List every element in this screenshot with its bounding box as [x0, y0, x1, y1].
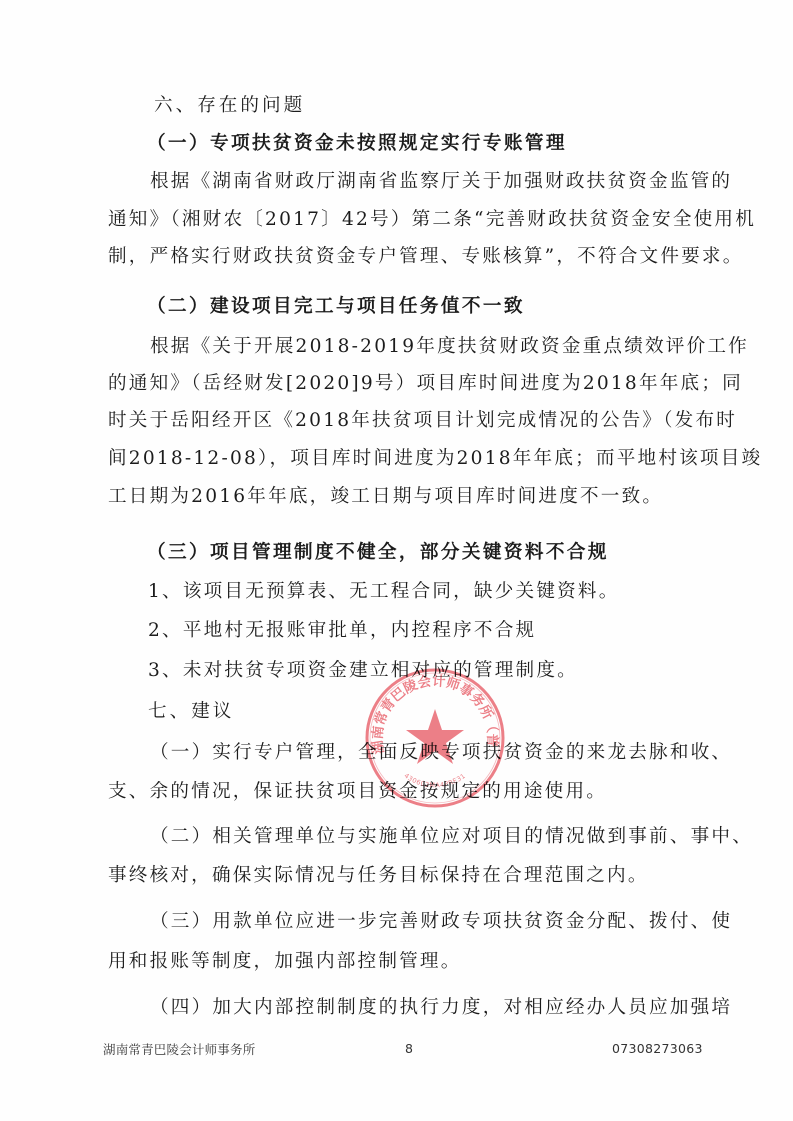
- paragraph-line: 根据《湖南省财政厅湖南省监察厅关于加强财政扶贫资金监管的: [150, 170, 692, 194]
- paragraph-line: 工日期为2016年年底，竣工日期与项目库时间进度不一致。: [108, 485, 692, 509]
- list-item: 3、未对扶贫专项资金建立相对应的管理制度。: [148, 659, 732, 683]
- section-heading-problems: 六、存在的问题: [154, 94, 738, 118]
- paragraph-line: （四）加大内部控制制度的执行力度，对相应经办人员应加强培: [150, 996, 692, 1020]
- section-heading-suggestions: 七、建议: [148, 700, 732, 724]
- subheading-problem-2: （二）建设项目完工与项目任务值不一致: [147, 295, 731, 319]
- footer-phone: 07308273063: [612, 1041, 703, 1056]
- paragraph-line: 支、余的情况，保证扶贫项目资金按规定的用途使用。: [108, 780, 692, 804]
- paragraph-line: （二）相关管理单位与实施单位应对项目的情况做到事前、事中、: [150, 825, 692, 849]
- paragraph-line: （三）用款单位应进一步完善财政专项扶贫资金分配、拨付、使: [150, 910, 692, 934]
- footer-firm-name: 湖南常青巴陵会计师事务所: [103, 1040, 255, 1058]
- paragraph-line: 时关于岳阳经开区《2018年扶贫项目计划完成情况的公告》（发布时: [108, 409, 692, 433]
- paragraph-line: 事终核对，确保实际情况与任务目标保持在合理范围之内。: [108, 864, 692, 888]
- paragraph-line: 根据《关于开展2018-2019年度扶贫财政资金重点绩效评价工作: [150, 335, 692, 359]
- paragraph-line: 的通知》（岳经财发[2020]9号）项目库时间进度为2018年年底；同: [108, 372, 692, 396]
- paragraph-line: 制，严格实行财政扶贫资金专户管理、专账核算”，不符合文件要求。: [108, 245, 692, 269]
- paragraph-line: 用和报账等制度，加强内部控制管理。: [108, 950, 692, 974]
- list-item: 2、平地村无报账审批单，内控程序不合规: [148, 619, 732, 643]
- paragraph-line: （一）实行专户管理，全面反映专项扶贫资金的来龙去脉和收、: [150, 741, 692, 765]
- subheading-problem-3: （三）项目管理制度不健全，部分关键资料不合规: [147, 541, 731, 565]
- list-item: 1、该项目无预算表、无工程合同，缺少关键资料。: [148, 580, 732, 604]
- page-footer: 湖南常青巴陵会计师事务所 8 07308273063: [0, 1040, 793, 1060]
- footer-page-number: 8: [405, 1041, 413, 1056]
- subheading-problem-1: （一）专项扶贫资金未按照规定实行专账管理: [147, 132, 731, 156]
- document-page: 六、存在的问题 （一）专项扶贫资金未按照规定实行专账管理 根据《湖南省财政厅湖南…: [0, 0, 793, 1121]
- paragraph-line: 间2018-12-08），项目库时间进度为2018年年底；而平地村该项目竣: [108, 447, 692, 471]
- paragraph-line: 通知》（湘财农〔2017〕42号）第二条“完善财政扶贫资金安全使用机: [108, 208, 692, 232]
